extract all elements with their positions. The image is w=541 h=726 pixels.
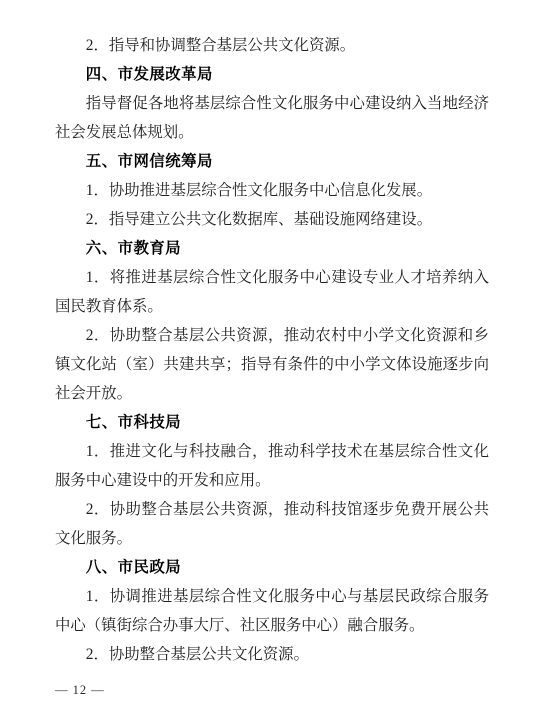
section-heading: 八、市民政局 bbox=[55, 553, 489, 582]
numbered-item: 2．指导建立公共文化数据库、基础设施网络建设。 bbox=[55, 205, 489, 234]
section-heading: 七、市科技局 bbox=[55, 408, 489, 437]
document-body: 2．指导和协调整合基层公共文化资源。四、市发展改革局指导督促各地将基层综合性文化… bbox=[55, 31, 489, 669]
numbered-item: 1．将推进基层综合性文化服务中心建设专业人才培养纳入国民教育体系。 bbox=[55, 263, 489, 321]
page-footer: — 12 — bbox=[55, 683, 105, 698]
page-number: — 12 — bbox=[55, 683, 105, 697]
document-page: 2．指导和协调整合基层公共文化资源。四、市发展改革局指导督促各地将基层综合性文化… bbox=[0, 0, 541, 726]
section-heading: 五、市网信统筹局 bbox=[55, 147, 489, 176]
numbered-item: 1．协助推进基层综合性文化服务中心信息化发展。 bbox=[55, 176, 489, 205]
numbered-item: 2．协助整合基层公共资源，推动农村中小学文化资源和乡镇文化站（室）共建共享；指导… bbox=[55, 321, 489, 408]
section-heading: 六、市教育局 bbox=[55, 234, 489, 263]
numbered-item: 2．指导和协调整合基层公共文化资源。 bbox=[55, 31, 489, 60]
section-heading: 四、市发展改革局 bbox=[55, 60, 489, 89]
numbered-item: 1．推进文化与科技融合，推动科学技术在基层综合性文化服务中心建设中的开发和应用。 bbox=[55, 437, 489, 495]
numbered-item: 2．协助整合基层公共文化资源。 bbox=[55, 640, 489, 669]
paragraph: 指导督促各地将基层综合性文化服务中心建设纳入当地经济社会发展总体规划。 bbox=[55, 89, 489, 147]
numbered-item: 1．协调推进基层综合性文化服务中心与基层民政综合服务中心（镇街综合办事大厅、社区… bbox=[55, 582, 489, 640]
numbered-item: 2．协助整合基层公共资源，推动科技馆逐步免费开展公共文化服务。 bbox=[55, 495, 489, 553]
